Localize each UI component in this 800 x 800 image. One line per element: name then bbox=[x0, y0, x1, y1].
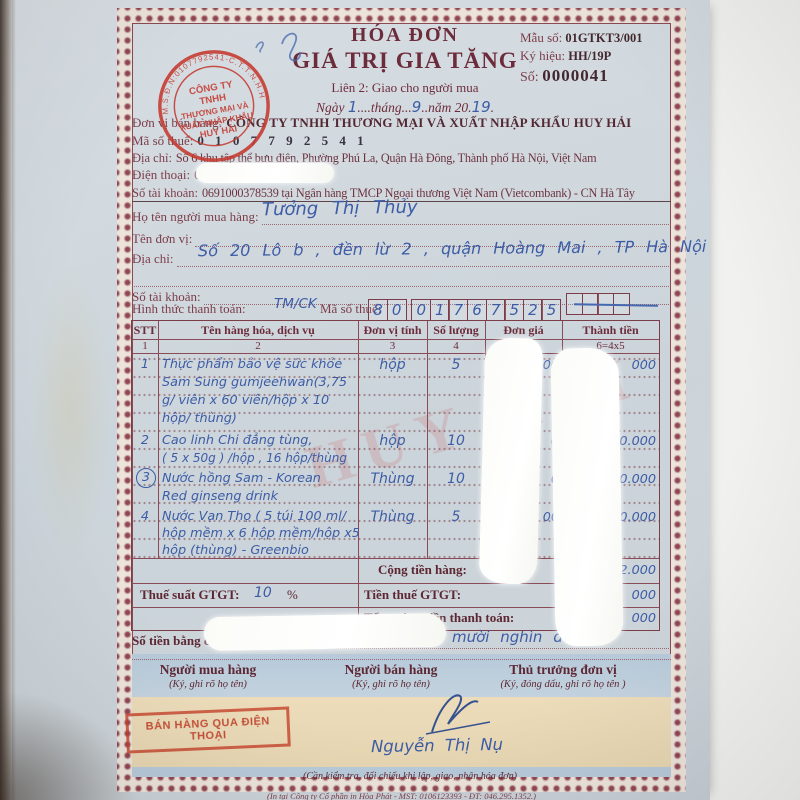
row3-qty: 10 bbox=[427, 471, 485, 487]
col-num-4: 4 bbox=[427, 340, 485, 352]
payment-method-label: Hình thức thanh toán: bbox=[132, 300, 246, 318]
row3-desc-line: Nước hồng Sam - Korean bbox=[162, 471, 321, 486]
payment-label-text: Hình thức thanh toán: bbox=[132, 301, 246, 316]
taxcode-box: 1 bbox=[430, 299, 450, 321]
serial-line: Ký hiệu: HH/19P bbox=[520, 48, 611, 64]
row3-stt: 3 bbox=[136, 468, 156, 488]
vat-rate-percent: % bbox=[287, 587, 298, 603]
buyer-taxcode-boxes: 8001767525 bbox=[368, 293, 629, 321]
row4-stt: 4 bbox=[132, 509, 158, 524]
whiteout-price-column bbox=[479, 337, 543, 584]
row4-unit: Thùng bbox=[358, 509, 427, 525]
buyer-address-label: Địa chỉ: bbox=[132, 251, 177, 267]
form-number-value: 01GTKT3/001 bbox=[565, 31, 642, 45]
row2-unit: hộp bbox=[358, 433, 427, 449]
buyer-sign-note: (Ký, ghi rõ họ tên) bbox=[128, 679, 288, 690]
date-prefix: Ngày bbox=[316, 100, 345, 115]
row1-desc-line: g/ viên x 60 viên/hộp x 10 bbox=[162, 393, 329, 408]
whiteout-words bbox=[204, 613, 447, 651]
date-sep1: ....tháng... bbox=[357, 100, 411, 115]
col-header-description: Tên hàng hóa, dịch vụ bbox=[158, 323, 358, 338]
row3-unit: Thùng bbox=[358, 471, 427, 487]
row4-desc-line: hộp mềm x 6 hộp mềm/hộp x5 bbox=[162, 526, 360, 541]
row1-desc-line: hộp/ thùng) bbox=[162, 411, 237, 426]
company-round-stamp: M.S.Đ.N:0107792541-C.T.T.N.H.H CÔNG TY T… bbox=[147, 39, 281, 173]
invoice-photo: HUY HẢI HÓA ĐƠN GIÁ TRỊ GIA TĂNG Liên 2:… bbox=[0, 0, 800, 800]
check-note: (Cần kiểm tra, đối chiếu khi lập, giao, … bbox=[240, 771, 580, 782]
phone-sale-stamp: BÁN HÀNG QUA ĐIỆN THOẠI bbox=[125, 706, 291, 753]
seller-account-value: 0691000378539 tại Ngân hàng TMCP Ngoại t… bbox=[202, 186, 635, 200]
taxcode-box: 7 bbox=[448, 299, 468, 321]
row1-qty: 5 bbox=[427, 357, 485, 373]
taxcode-box: 7 bbox=[486, 299, 506, 321]
col-header-stt: STT bbox=[132, 323, 158, 338]
row1-stt: 1 bbox=[132, 357, 158, 372]
row2-stt: 2 bbox=[132, 433, 158, 448]
printer-note: (In tại Công ty Cổ phần in Hòa Phát - MS… bbox=[117, 791, 686, 800]
taxcode-box: 6 bbox=[467, 299, 487, 321]
col-header-unit: Đơn vị tính bbox=[358, 323, 427, 338]
seller-sign-title: Người bán hàng bbox=[311, 662, 471, 678]
invoice-number-value: 0000041 bbox=[542, 66, 609, 85]
seller-signed-name: Nguyễn Thị Nụ bbox=[352, 735, 522, 757]
dotted-line bbox=[132, 659, 671, 660]
whiteout-amount-column bbox=[550, 347, 623, 646]
seller-unit-name: CÔNG TY TNHH THƯƠNG MẠI VÀ XUẤT NHẬP KHẨ… bbox=[226, 115, 631, 130]
director-sign-title: Thủ trưởng đơn vị bbox=[478, 662, 648, 678]
buyer-sign-title: Người mua hàng bbox=[128, 662, 288, 678]
invoice-number-label: Số: bbox=[520, 70, 539, 85]
vat-amount-label: Tiền thuế GTGT: bbox=[364, 587, 461, 603]
form-number-line: Mẫu số: 01GTKT3/001 bbox=[520, 30, 642, 46]
col-num-3: 3 bbox=[358, 340, 427, 352]
buyer-name-label: Họ tên người mua hàng: bbox=[132, 209, 262, 225]
row3-desc-line: Red ginseng drink bbox=[162, 489, 278, 504]
payment-method-handwritten: TM/CK bbox=[274, 296, 317, 312]
col-header-qty: Số lượng bbox=[427, 323, 485, 338]
col-num-2: 2 bbox=[158, 340, 358, 352]
signature-squiggle bbox=[420, 688, 520, 738]
taxcode-box: 2 bbox=[523, 299, 543, 321]
buyer-name-handwritten: Tưởng Thị Thủy bbox=[262, 197, 418, 221]
vat-rate-handwritten: 10 bbox=[254, 585, 272, 601]
dotted-line bbox=[132, 267, 671, 287]
taxcode-box: 5 bbox=[541, 299, 561, 321]
row2-desc-line: ( 5 x 50g ) /hộp , 16 hộp/thùng bbox=[162, 451, 347, 465]
form-number-label: Mẫu số: bbox=[520, 30, 562, 45]
serial-value: HH/19P bbox=[568, 49, 611, 63]
invoice-number-line: Số: 0000041 bbox=[520, 66, 609, 86]
row1-unit: hộp bbox=[358, 357, 427, 373]
date-sep2: ..năm 20. bbox=[421, 100, 471, 115]
whiteout-phone bbox=[196, 163, 334, 183]
taxcode-box: 0 bbox=[387, 299, 407, 321]
taxcode-box: 8 bbox=[368, 299, 388, 321]
row4-desc-line: hộp (thùng) - Greenbio bbox=[162, 543, 309, 558]
col-header-price: Đơn giá bbox=[485, 323, 562, 338]
row4-desc-line: Nước Vạn Thọ ( 5 túi 100 ml/ bbox=[162, 509, 346, 524]
col-header-amount: Thành tiền bbox=[562, 323, 659, 338]
row4-qty: 5 bbox=[427, 509, 485, 525]
subtotal-label: Cộng tiền hàng: bbox=[378, 562, 467, 578]
col-num-1: 1 bbox=[132, 340, 158, 352]
row1-desc-line: Sam Sung gumjeehwan(3,75 bbox=[162, 375, 347, 390]
paper-stain bbox=[30, 260, 110, 560]
photo-dark-edge bbox=[0, 0, 16, 800]
taxcode-box: 5 bbox=[504, 299, 524, 321]
row2-desc-line: Cao linh Chi đẳng tùng, bbox=[162, 433, 312, 448]
buyer-unit-label: Tên đơn vị: bbox=[132, 231, 195, 247]
row3-stt-circled: 3 bbox=[133, 468, 159, 488]
date-end: . bbox=[491, 100, 494, 115]
vat-rate-label: Thuế suất GTGT: bbox=[140, 587, 239, 603]
serial-label: Ký hiệu: bbox=[520, 48, 565, 63]
row2-qty: 10 bbox=[427, 433, 485, 449]
taxcode-box: 0 bbox=[411, 299, 431, 321]
seller-account-label: Số tài khoản: bbox=[132, 186, 198, 200]
row1-desc-line: Thực phẩm bảo vệ sức khỏe bbox=[162, 357, 342, 372]
